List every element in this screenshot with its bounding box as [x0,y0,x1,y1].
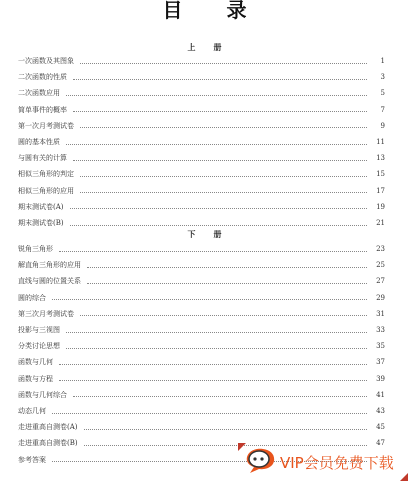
dot-leader [66,94,367,96]
toc-entry-page: 45 [367,423,385,431]
toc-entry-page: 3 [367,73,385,81]
toc-entry[interactable]: 相似三角形的应用17 [18,185,385,197]
toc-entry-page: 1 [367,57,385,65]
toc-entry-title: 一次函数及其图象 [18,56,80,66]
toc-entry[interactable]: 分类讨论思想35 [18,340,385,352]
toc-entry-title: 圆的基本性质 [18,137,66,147]
toc-entry-page: 17 [367,187,385,195]
toc-entry-title: 解直角三角形的应用 [18,260,87,270]
section-heading-char: 册 [214,229,222,239]
section-heading-char: 下 [188,229,196,239]
watermark-text: VIP会员免费下载 [280,452,394,473]
dot-leader [87,266,367,268]
toc-entry-title: 函数与几何 [18,357,59,367]
dot-leader [66,331,367,333]
toc-entry[interactable]: 第一次月考测试卷9 [18,120,385,132]
toc-entry-title: 走进重高自测卷(A) [18,422,84,432]
toc-entry-title: 函数与几何综合 [18,390,73,400]
dot-leader [84,428,367,430]
toc-entry-page: 39 [367,375,385,383]
toc-entry-page: 37 [367,358,385,366]
toc-entry[interactable]: 函数与方程39 [18,373,385,385]
toc-entry[interactable]: 第三次月考测试卷31 [18,308,385,320]
toc-entry[interactable]: 圆的基本性质11 [18,136,385,148]
toc-entry[interactable]: 二次函数应用5 [18,87,385,99]
dot-leader [80,191,367,193]
toc-entry-page: 43 [367,407,385,415]
toc-entry[interactable]: 解直角三角形的应用25 [18,259,385,271]
toc-entry[interactable]: 一次函数及其图象1 [18,55,385,67]
toc-entry-page: 29 [367,294,385,302]
toc-entry-page: 7 [367,106,385,114]
vip-download-watermark[interactable]: VIP会员免费下载 [238,443,408,481]
dot-leader [87,282,367,284]
toc-entry-page: 31 [367,310,385,318]
toc-entry[interactable]: 动态几何43 [18,405,385,417]
dot-leader [73,78,367,80]
toc-entry-title: 投影与三视图 [18,325,66,335]
toc-entry[interactable]: 函数与几何37 [18,356,385,368]
section-heading-vol2: 下册 [0,229,409,240]
toc-entry-title: 圆的综合 [18,293,52,303]
dot-leader [80,314,367,316]
toc-entry-title: 直线与圆的位置关系 [18,276,87,286]
toc-entry-title: 走进重高自测卷(B) [18,438,84,448]
toc-entry-page: 23 [367,245,385,253]
toc-entry[interactable]: 直线与圆的位置关系27 [18,275,385,287]
toc-entry-title: 第一次月考测试卷 [18,121,80,131]
toc-entry-title: 二次函数应用 [18,88,66,98]
toc-entry[interactable]: 走进重高自测卷(A)45 [18,421,385,433]
dot-leader [59,363,367,365]
page-title: 目录 [0,0,409,23]
toc-entry-title: 动态几何 [18,406,52,416]
section-heading-char: 册 [214,42,222,52]
dot-leader [66,347,367,349]
section-heading-vol1: 上册 [0,42,409,53]
toc-entry-title: 参考答案 [18,455,52,465]
dot-leader [80,62,367,64]
toc-entry-page: 41 [367,391,385,399]
toc-entry-title: 与圆有关的计算 [18,153,73,163]
toc-entry-title: 锐角三角形 [18,244,59,254]
toc-entry[interactable]: 相似三角形的判定15 [18,168,385,180]
toc-entry-page: 27 [367,277,385,285]
toc-entry-page: 19 [367,203,385,211]
corner-decoration [400,473,408,481]
chat-bubble-icon [244,447,278,477]
toc-entry[interactable]: 期末测试卷(A)19 [18,201,385,213]
toc-entry-page: 15 [367,170,385,178]
toc-entry-page: 13 [367,154,385,162]
dot-leader [73,395,367,397]
toc-entry-title: 期末测试卷(B) [18,218,70,228]
toc-entry-page: 21 [367,219,385,227]
toc-entry[interactable]: 圆的综合29 [18,292,385,304]
toc-entry-title: 期末测试卷(A) [18,202,70,212]
dot-leader [52,298,367,300]
dot-leader [73,110,367,112]
title-char-1: 目 [163,0,183,23]
toc-entry[interactable]: 锐角三角形23 [18,243,385,255]
toc-entry-page: 11 [367,138,385,146]
toc-entry[interactable]: 期末测试卷(B)21 [18,217,385,229]
dot-leader [52,412,367,414]
toc-entry-title: 函数与方程 [18,374,59,384]
title-char-2: 录 [227,0,247,23]
toc-entry-title: 分类讨论思想 [18,341,66,351]
toc-entry-page: 25 [367,261,385,269]
dot-leader [80,126,367,128]
dot-leader [70,224,367,226]
toc-entry-page: 9 [367,122,385,130]
dot-leader [73,159,367,161]
toc-entry-title: 第三次月考测试卷 [18,309,80,319]
toc-entry-page: 5 [367,89,385,97]
section-heading-char: 上 [188,42,196,52]
dot-leader [80,175,367,177]
dot-leader [59,379,367,381]
toc-entry[interactable]: 函数与几何综合41 [18,389,385,401]
toc-entry-page: 33 [367,326,385,334]
dot-leader [59,250,367,252]
toc-entry[interactable]: 简单事件的概率7 [18,104,385,116]
toc-entry[interactable]: 与圆有关的计算13 [18,152,385,164]
dot-leader [70,207,367,209]
toc-entry-title: 二次函数的性质 [18,72,73,82]
toc-entry-title: 相似三角形的应用 [18,186,80,196]
toc-entry[interactable]: 投影与三视图33 [18,324,385,336]
toc-entry-title: 相似三角形的判定 [18,169,80,179]
toc-entry-page: 35 [367,342,385,350]
toc-entry-title: 简单事件的概率 [18,105,73,115]
toc-entry[interactable]: 二次函数的性质3 [18,71,385,83]
dot-leader [66,143,367,145]
